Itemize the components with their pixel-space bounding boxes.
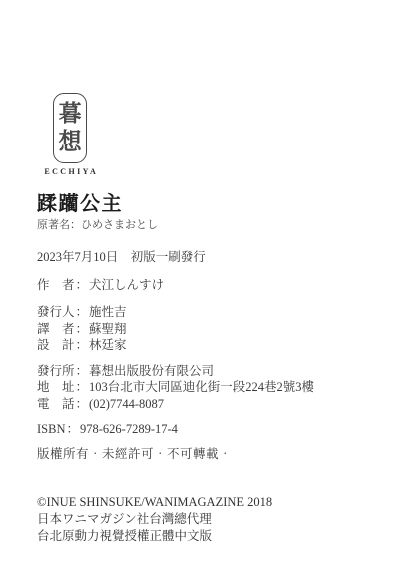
publisher-row-address: 地 址：103台北市大同區迪化街一段224巷2號3樓 bbox=[37, 379, 372, 396]
staff-label: 發行人 bbox=[37, 305, 75, 319]
original-title-line: 原著名：ひめさまおとし bbox=[37, 219, 372, 232]
phone-separator: ： bbox=[75, 397, 90, 411]
staff-value: 施性吉 bbox=[89, 305, 127, 319]
isbn-row: ISBN：978-626-7289-17-4 bbox=[37, 421, 372, 438]
ecchiya-seal-icon: 暮 想 bbox=[53, 93, 87, 163]
staff-value: 林廷家 bbox=[89, 338, 127, 352]
taiwan-license-line: 台北原動力視覺授權正體中文版 bbox=[37, 528, 372, 545]
japan-agency-line: 日本ワニマガジン社台灣總代理 bbox=[37, 511, 372, 528]
staff-value: 蘇聖翔 bbox=[89, 322, 127, 336]
isbn-value: 978-626-7289-17-4 bbox=[80, 422, 178, 436]
brand-name: ECCHIYA bbox=[42, 167, 98, 176]
publisher-separator: ： bbox=[75, 364, 90, 378]
publisher-row-company: 發行所：暮想出版股份有限公司 bbox=[37, 363, 372, 380]
staff-block: 發行人：施性吉 譯 者：蘇聖翔 設 計：林廷家 bbox=[37, 304, 372, 354]
phone-value: (02)7744-8087 bbox=[89, 397, 164, 411]
publisher-logo: 暮 想 ECCHIYA bbox=[42, 93, 98, 176]
staff-label: 譯 者 bbox=[37, 322, 75, 336]
publisher-block: 發行所：暮想出版股份有限公司 地 址：103台北市大同區迪化街一段224巷2號3… bbox=[37, 363, 372, 413]
staff-label: 設 計 bbox=[37, 338, 75, 352]
copyright-block: ©INUE SHINSUKE/WANIMAGAZINE 2018 日本ワニマガジ… bbox=[37, 494, 372, 545]
phone-label: 電 話 bbox=[37, 397, 75, 411]
copyright-line: ©INUE SHINSUKE/WANIMAGAZINE 2018 bbox=[37, 494, 372, 511]
staff-row-translator: 譯 者：蘇聖翔 bbox=[37, 321, 372, 338]
staff-separator: ： bbox=[75, 322, 90, 336]
seal-char-bottom: 想 bbox=[59, 128, 82, 156]
staff-row-publisher-person: 發行人：施性吉 bbox=[37, 304, 372, 321]
isbn-separator: ： bbox=[65, 422, 80, 436]
author-row: 作 者：犬江しんすけ bbox=[37, 277, 372, 294]
author-value: 犬江しんすけ bbox=[89, 278, 164, 292]
address-separator: ： bbox=[75, 380, 90, 394]
isbn-label: ISBN bbox=[37, 422, 65, 436]
staff-separator: ： bbox=[75, 305, 90, 319]
author-label: 作 者 bbox=[37, 278, 75, 292]
publisher-label: 發行所 bbox=[37, 364, 75, 378]
address-value: 103台北市大同區迪化街一段224巷2號3樓 bbox=[89, 380, 314, 394]
staff-row-designer: 設 計：林廷家 bbox=[37, 337, 372, 354]
seal-char-top: 暮 bbox=[59, 100, 82, 128]
publisher-row-phone: 電 話：(02)7744-8087 bbox=[37, 396, 372, 413]
publisher-value: 暮想出版股份有限公司 bbox=[89, 364, 214, 378]
staff-separator: ： bbox=[75, 338, 90, 352]
colophon-page: 暮 想 ECCHIYA 蹂躪公主 原著名：ひめさまおとし 2023年7月10日 … bbox=[0, 0, 400, 568]
edition-line: 2023年7月10日 初版一刷發行 bbox=[37, 249, 372, 266]
book-title: 蹂躪公主 bbox=[37, 193, 372, 215]
rights-notice: 版權所有‧未經許可‧不可轉載‧ bbox=[37, 446, 372, 463]
address-label: 地 址 bbox=[37, 380, 75, 394]
author-separator: ： bbox=[75, 278, 90, 292]
